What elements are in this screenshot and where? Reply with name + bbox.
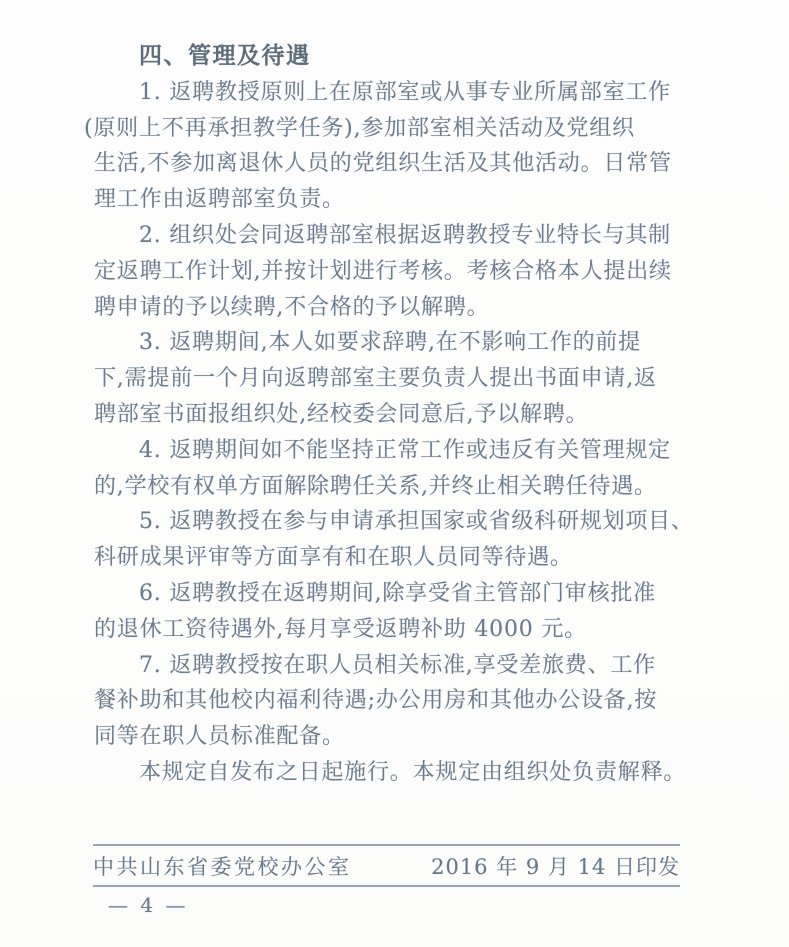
page-number: — 4 —: [108, 893, 188, 917]
text-line: 聘申请的予以续聘,不合格的予以解聘。: [94, 290, 688, 326]
text-line: 定返聘工作计划,并按计划进行考核。考核合格本人提出续: [94, 254, 688, 290]
text-line: 的,学校有权单方面解除聘任关系,并终止相关聘任待遇。: [94, 469, 688, 505]
text-line: 生活,不参加离退休人员的党组织生活及其他活动。日常管: [94, 146, 688, 182]
text-line: (原则上不再承担教学任务),参加部室相关活动及党组织: [84, 111, 688, 147]
text-line: 6. 返聘教授在返聘期间,除享受省主管部门审核批准: [94, 576, 688, 612]
text-line: 餐补助和其他校内福利待遇;办公用房和其他办公设备,按: [94, 683, 688, 719]
text-line: 的退休工资待遇外,每月享受返聘补助 4000 元。: [94, 612, 688, 648]
text-line: 聘部室书面报组织处,经校委会同意后,予以解聘。: [94, 397, 688, 433]
text-line: 下,需提前一个月向返聘部室主要负责人提出书面申请,返: [94, 361, 688, 397]
text-line: 理工作由返聘部室负责。: [94, 182, 688, 218]
print-date: 2016 年 9 月 14 日印发: [431, 851, 680, 881]
text-line: 科研成果评审等方面享有和在职人员同等待遇。: [94, 540, 688, 576]
section-heading: 四、管理及待遇: [94, 39, 688, 75]
document-body: 四、管理及待遇1. 返聘教授原则上在原部室或从事专业所属部室工作(原则上不再承担…: [94, 39, 688, 791]
text-line: 7. 返聘教授按在职人员相关标准,享受差旅费、工作: [94, 648, 688, 684]
text-line: 5. 返聘教授在参与申请承担国家或省级科研规划项目、: [94, 504, 688, 540]
text-line: 本规定自发布之日起施行。本规定由组织处负责解释。: [94, 755, 688, 791]
text-line: 3. 返聘期间,本人如要求辞聘,在不影响工作的前提: [94, 325, 688, 361]
text-line: 4. 返聘期间如不能坚持正常工作或违反有关管理规定: [94, 433, 688, 469]
text-line: 1. 返聘教授原则上在原部室或从事专业所属部室工作: [94, 75, 688, 111]
colophon-bar: 中共山东省委党校办公室 2016 年 9 月 14 日印发: [93, 844, 680, 887]
issuing-office: 中共山东省委党校办公室: [93, 851, 352, 881]
document-page: 四、管理及待遇1. 返聘教授原则上在原部室或从事专业所属部室工作(原则上不再承担…: [0, 0, 789, 947]
text-line: 同等在职人员标准配备。: [94, 719, 688, 755]
text-line: 2. 组织处会同返聘部室根据返聘教授专业特长与其制: [94, 218, 688, 254]
